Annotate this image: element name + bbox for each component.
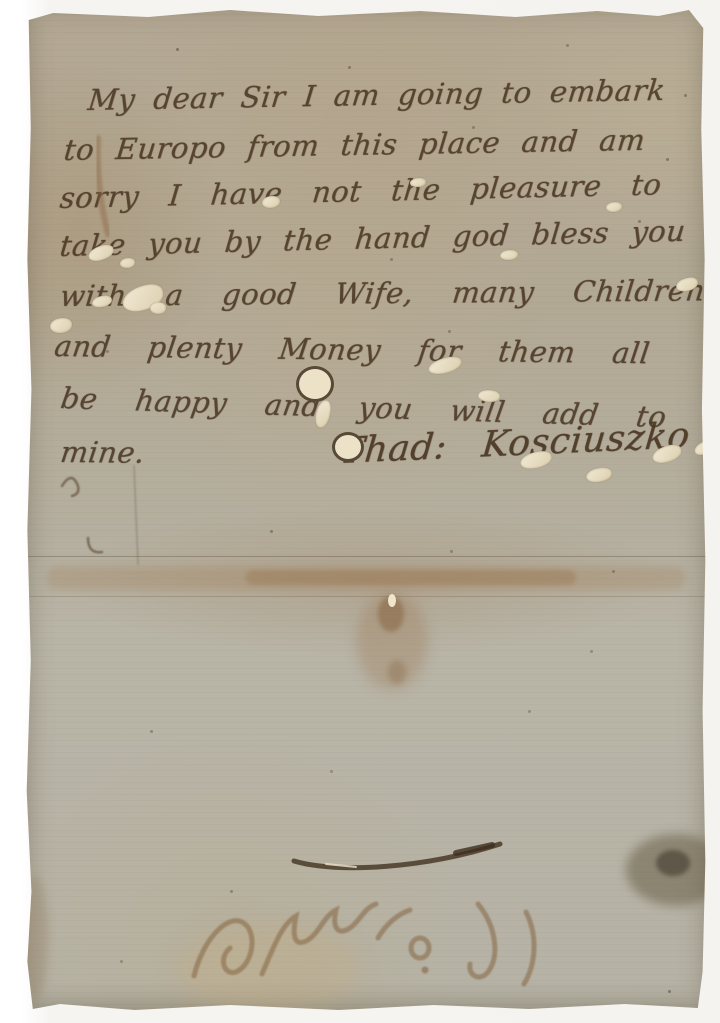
letter-scan: My dear Sir I am going to embark to Euro…	[0, 0, 720, 1023]
verso-ink-bleedthrough	[194, 904, 534, 984]
ink-artifacts	[26, 8, 706, 1012]
letter-paper: My dear Sir I am going to embark to Euro…	[26, 8, 706, 1012]
ink-arc-stroke	[294, 844, 500, 868]
margin-streak	[98, 138, 108, 234]
stray-ink-flourishes	[62, 466, 138, 564]
paper-speckles	[26, 8, 29, 11]
